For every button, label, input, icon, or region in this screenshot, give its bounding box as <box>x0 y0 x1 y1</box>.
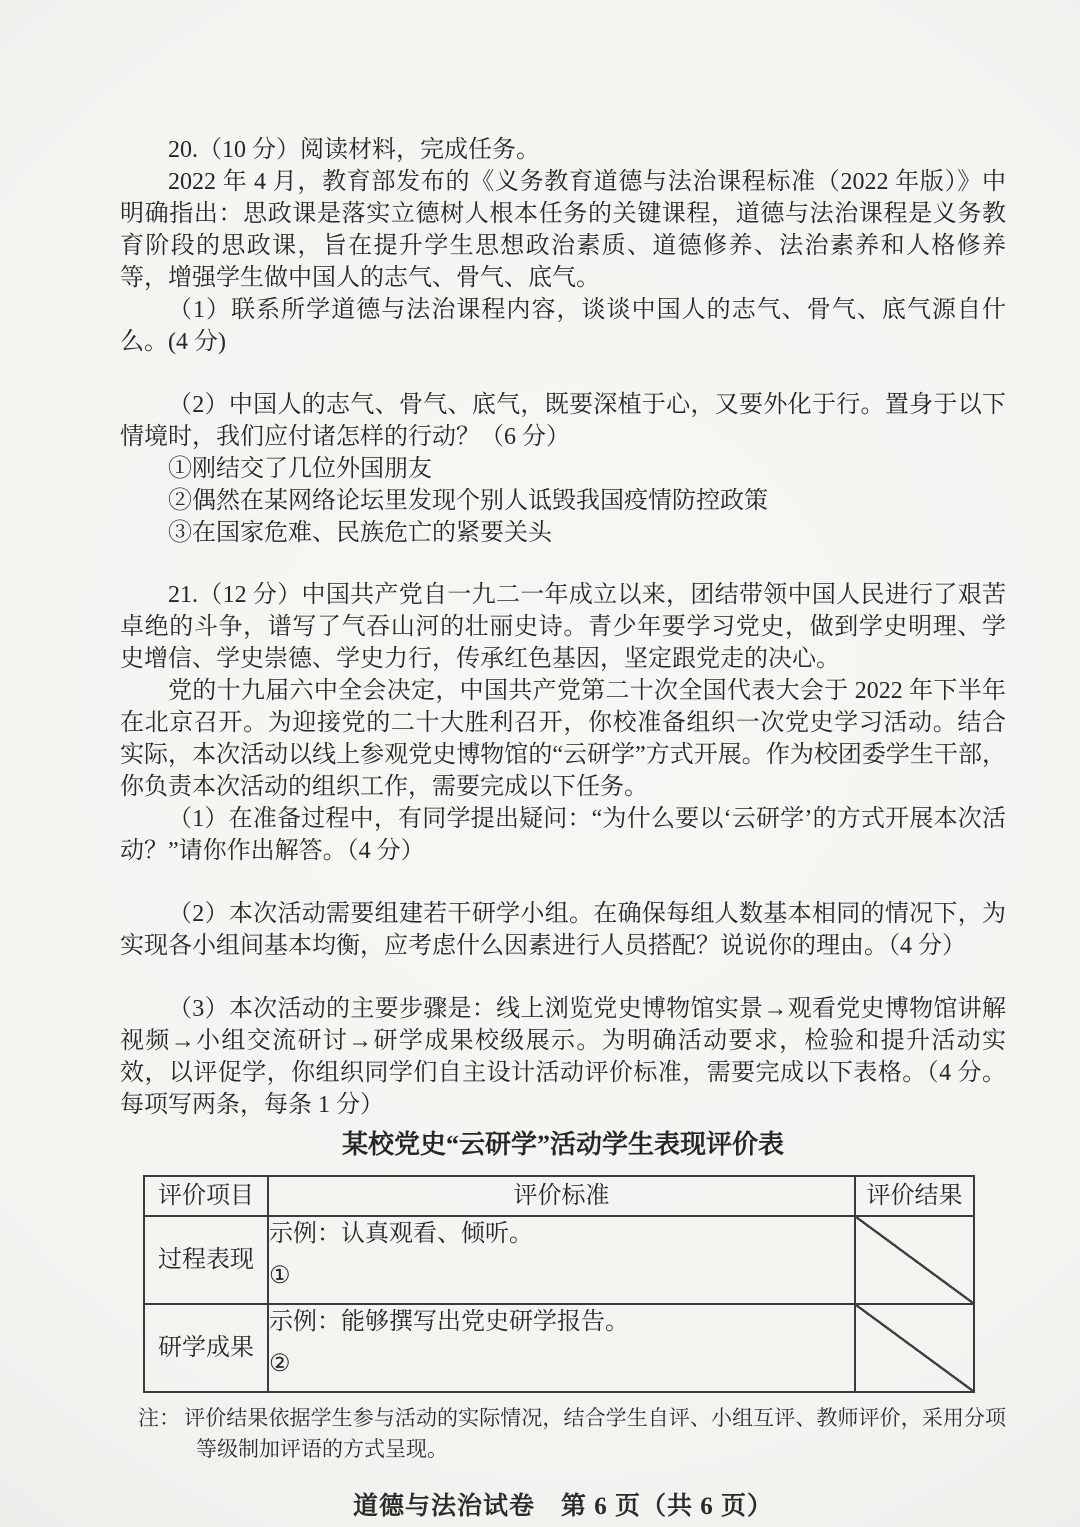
scanned-exam-page: 20.（10 分）阅读材料，完成任务。 2022 年 4 月，教育部发布的《义务… <box>0 0 1080 1527</box>
q20-subquestion-1: （1）联系所学道德与法治课程内容，谈谈中国人的志气、骨气、底气源自什么。(4 分… <box>120 294 1006 358</box>
q20-subquestion-2: （2）中国人的志气、骨气、底气，既要深植于心，又要外化于行。置身于以下情境时，我… <box>120 389 1006 453</box>
row-item-label: 过程表现 <box>144 1216 268 1304</box>
answer-space <box>120 867 1006 898</box>
question-21: 21.（12 分）中国共产党自一九二一年成立以来，团结带领中国人民进行了艰苦卓绝… <box>120 579 1006 1465</box>
standard-blank-line: ② <box>269 1347 854 1381</box>
section-spacer <box>120 549 1006 579</box>
standard-example: 示例：能够撰写出党史研学报告。 <box>269 1305 854 1339</box>
diagonal-slash-cell <box>855 1304 974 1392</box>
q20-situation-1: ①刚结交了几位外国朋友 <box>120 453 1006 485</box>
q21-subquestion-2: （2）本次活动需要组建若干研学小组。在确保每组人数基本相同的情况下，为实现各小组… <box>120 898 1006 962</box>
standard-blank-line: ① <box>269 1259 854 1293</box>
q20-material-paragraph: 2022 年 4 月，教育部发布的《义务教育道德与法治课程标准（2022 年版）… <box>120 166 1006 294</box>
note-text: 评价结果依据学生参与活动的实际情况，结合学生自评、小组互评、教师评价，采用分项等… <box>184 1406 1006 1461</box>
q21-subquestion-3: （3）本次活动的主要步骤是：线上浏览党史博物馆实景→观看党史博物馆讲解视频→小组… <box>120 993 1006 1121</box>
note-label: 注： <box>138 1406 184 1430</box>
page-footer: 道德与法治试卷 第 6 页（共 6 页） <box>120 1491 1006 1523</box>
table-header-row: 评价项目 评价标准 评价结果 <box>144 1176 974 1216</box>
q20-heading: 20.（10 分）阅读材料，完成任务。 <box>120 134 1006 166</box>
q20-situation-3: ③在国家危难、民族危亡的紧要关头 <box>120 517 1006 549</box>
q21-background-paragraph: 党的十九届六中全会决定，中国共产党第二十次全国代表大会于 2022 年下半年在北… <box>120 675 1006 803</box>
evaluation-table: 评价项目 评价标准 评价结果 过程表现 示例：认真观看、倾听。 ① <box>143 1175 975 1393</box>
evaluation-table-title: 某校党史“云研学”活动学生表现评价表 <box>120 1127 1006 1163</box>
table-note: 注：评价结果依据学生参与活动的实际情况，结合学生自评、小组互评、教师评价，采用分… <box>138 1403 1006 1465</box>
answer-space <box>120 358 1006 389</box>
page-content: 20.（10 分）阅读材料，完成任务。 2022 年 4 月，教育部发布的《义务… <box>120 134 1006 1523</box>
question-20: 20.（10 分）阅读材料，完成任务。 2022 年 4 月，教育部发布的《义务… <box>120 134 1006 549</box>
row-item-label: 研学成果 <box>144 1304 268 1392</box>
col-header-result: 评价结果 <box>855 1176 974 1216</box>
row-standard-cell: 示例：能够撰写出党史研学报告。 ② <box>268 1304 855 1392</box>
answer-space <box>120 962 1006 993</box>
row-standard-cell: 示例：认真观看、倾听。 ① <box>268 1216 855 1304</box>
q21-intro-paragraph: 21.（12 分）中国共产党自一九二一年成立以来，团结带领中国人民进行了艰苦卓绝… <box>120 579 1006 675</box>
diagonal-slash-cell <box>855 1216 974 1304</box>
standard-example: 示例：认真观看、倾听。 <box>269 1217 854 1251</box>
table-row-outcome: 研学成果 示例：能够撰写出党史研学报告。 ② <box>144 1304 974 1392</box>
q21-subquestion-1: （1）在准备过程中，有同学提出疑问：“为什么要以‘云研学’的方式开展本次活动？”… <box>120 803 1006 867</box>
table-row-process: 过程表现 示例：认真观看、倾听。 ① <box>144 1216 974 1304</box>
col-header-item: 评价项目 <box>144 1176 268 1216</box>
col-header-standard: 评价标准 <box>268 1176 855 1216</box>
q20-situation-2: ②偶然在某网络论坛里发现个别人诋毁我国疫情防控政策 <box>120 485 1006 517</box>
